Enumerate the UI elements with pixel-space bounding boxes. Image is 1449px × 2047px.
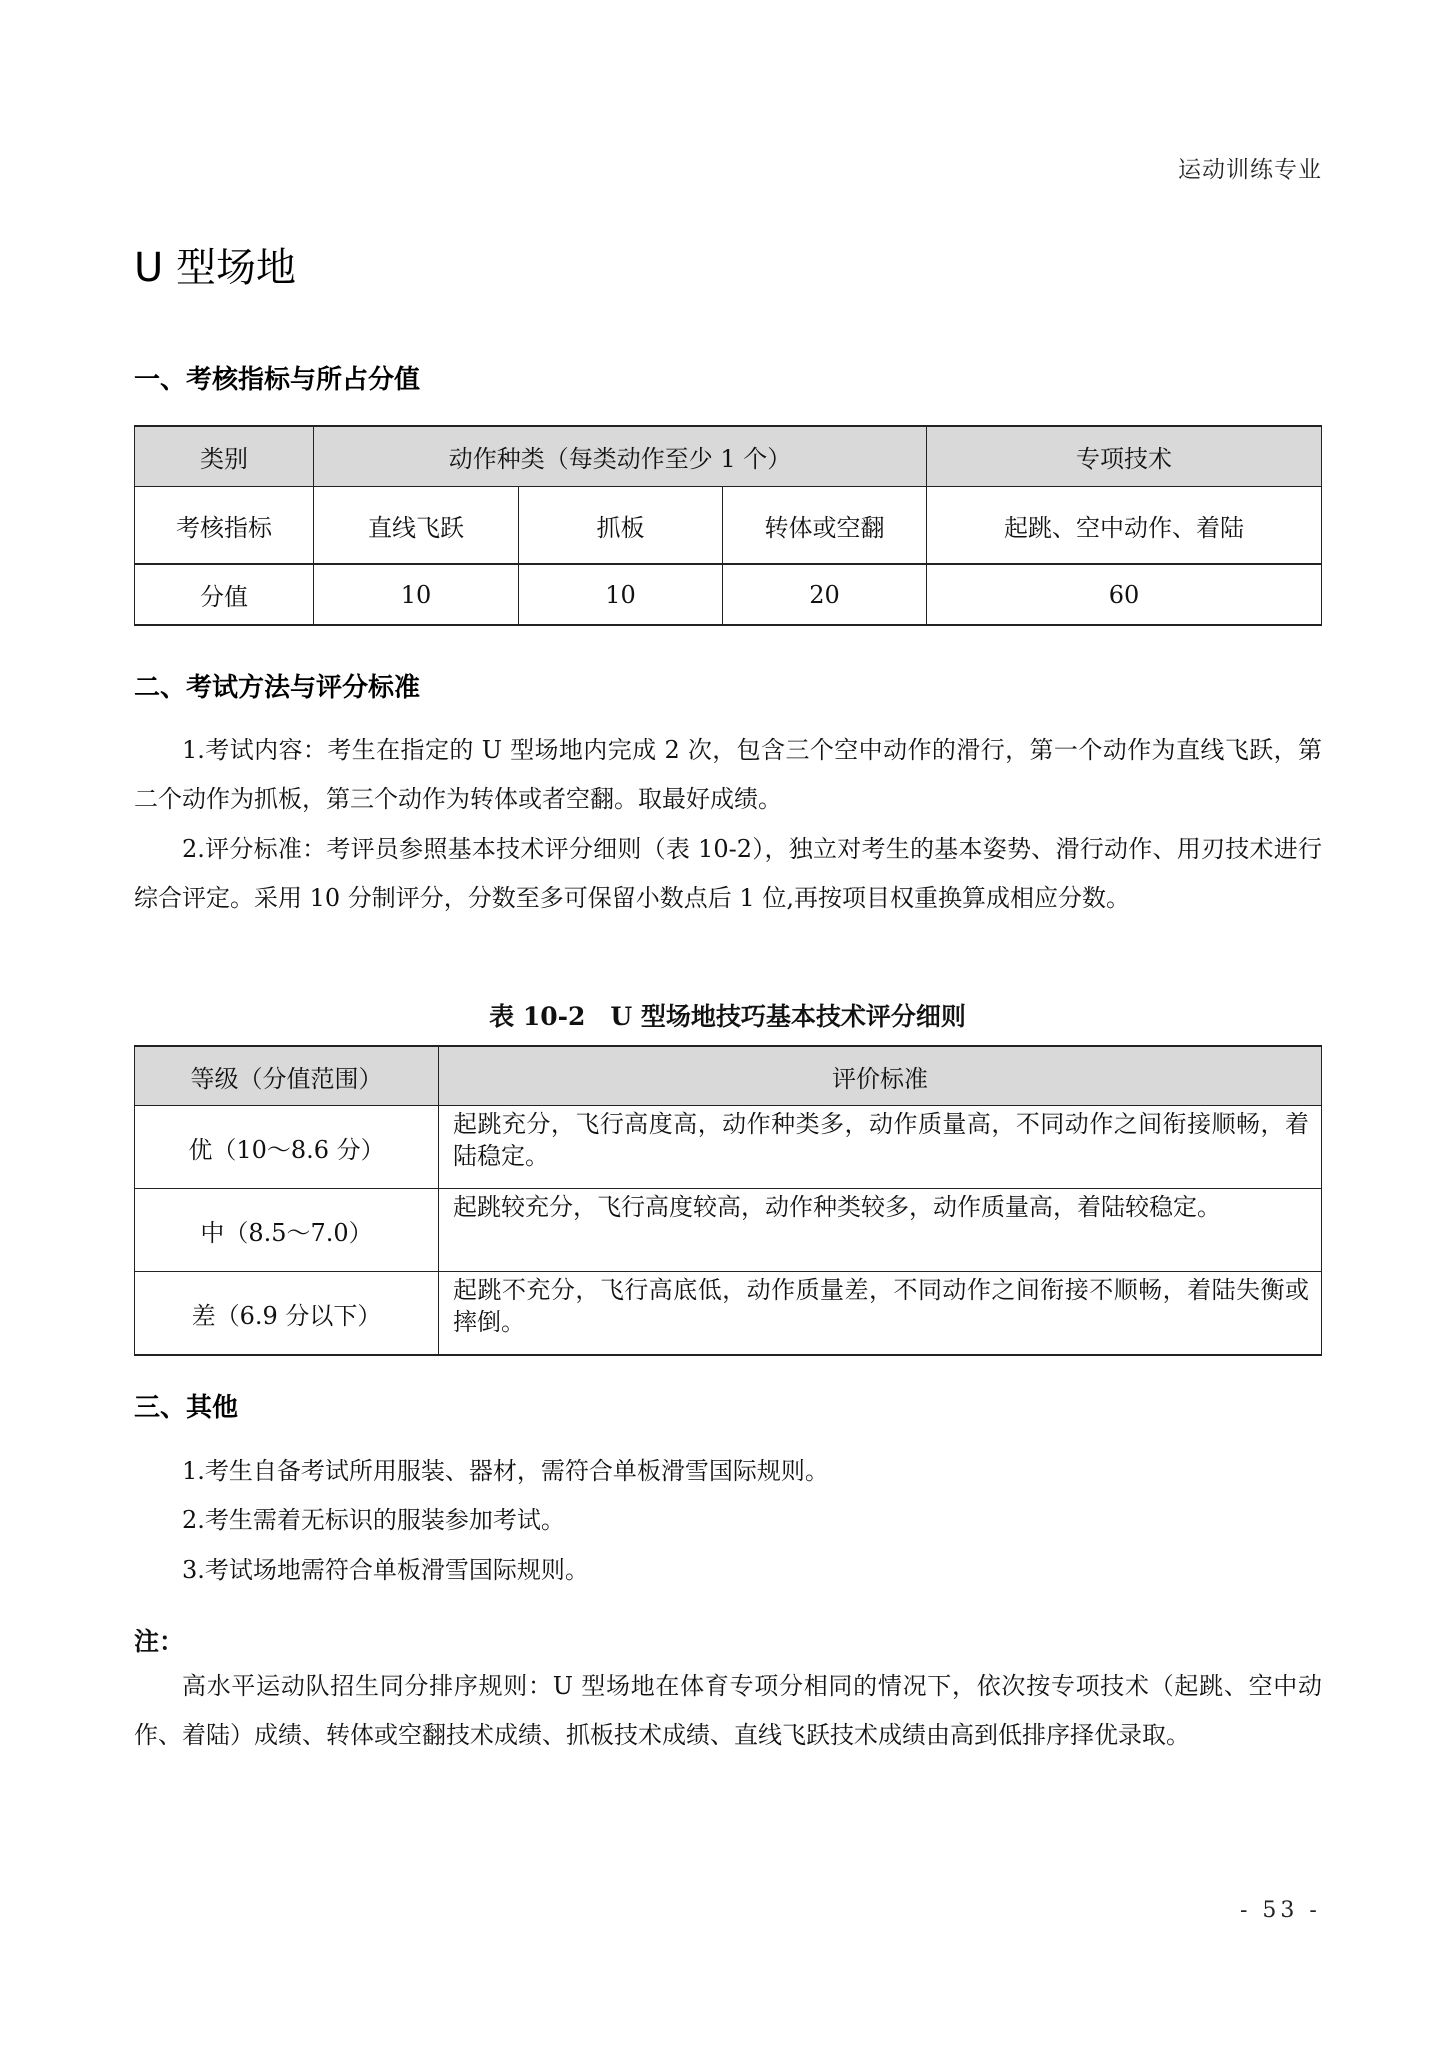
note-text: 高水平运动队招生同分排序规则：U 型场地在体育专项分相同的情况下，依次按专项技术…	[134, 1662, 1322, 1761]
table-row: 考核指标 直线飞跃 抓板 转体或空翻 起跳、空中动作、着陆	[135, 487, 1322, 565]
table-row: 差（6.9 分以下） 起跳不充分，飞行高底低，动作质量差，不同动作之间衔接不顺畅…	[135, 1272, 1322, 1356]
grade-cell: 差（6.9 分以下）	[135, 1272, 439, 1356]
table-header-row: 类别 动作种类（每类动作至少 1 个） 专项技术	[135, 426, 1322, 487]
table-cell: 抓板	[519, 487, 723, 565]
table-cell: 直线飞跃	[314, 487, 519, 565]
paragraph: 2.评分标准：考评员参照基本技术评分细则（表 10-2），独立对考生的基本姿势、…	[134, 825, 1322, 924]
scoring-indicators-table: 类别 动作种类（每类动作至少 1 个） 专项技术 考核指标 直线飞跃 抓板 转体…	[134, 425, 1322, 626]
note-label: 注：	[134, 1622, 184, 1658]
table-row: 中（8.5～7.0） 起跳较充分，飞行高度较高，动作种类较多，动作质量高，着陆较…	[135, 1189, 1322, 1272]
paragraph: 高水平运动队招生同分排序规则：U 型场地在体育专项分相同的情况下，依次按专项技术…	[134, 1662, 1322, 1761]
header-cell: 等级（分值范围）	[135, 1046, 439, 1106]
table-cell: 起跳、空中动作、着陆	[927, 487, 1322, 565]
grade-cell: 中（8.5～7.0）	[135, 1189, 439, 1272]
header-cell: 评价标准	[439, 1046, 1322, 1106]
header-cell: 动作种类（每类动作至少 1 个）	[314, 426, 927, 487]
section-heading-1: 一、考核指标与所占分值	[134, 359, 420, 396]
page-number: - 53 -	[1240, 1898, 1321, 1923]
list-item: 2.考生需着无标识的服装参加考试。	[134, 1496, 1322, 1545]
table-cell: 10	[519, 564, 723, 625]
technique-scoring-table: 等级（分值范围） 评价标准 优（10～8.6 分） 起跳充分，飞行高度高，动作种…	[134, 1045, 1322, 1356]
list-item: 1.考生自备考试所用服装、器材，需符合单板滑雪国际规则。	[134, 1447, 1322, 1496]
criteria-cell: 起跳充分，飞行高度高，动作种类多，动作质量高，不同动作之间衔接顺畅，着陆稳定。	[439, 1106, 1322, 1189]
table-cell: 分值	[135, 564, 314, 625]
table-cell: 10	[314, 564, 519, 625]
list-item: 3.考试场地需符合单板滑雪国际规则。	[134, 1546, 1322, 1595]
header-cell: 类别	[135, 426, 314, 487]
table-row: 优（10～8.6 分） 起跳充分，飞行高度高，动作种类多，动作质量高，不同动作之…	[135, 1106, 1322, 1189]
table-cell: 20	[723, 564, 927, 625]
table-header-row: 等级（分值范围） 评价标准	[135, 1046, 1322, 1106]
table-cell: 考核指标	[135, 487, 314, 565]
table-cell: 60	[927, 564, 1322, 625]
section-heading-3: 三、其他	[134, 1387, 238, 1424]
header-cell: 专项技术	[927, 426, 1322, 487]
page-title: U 型场地	[134, 236, 296, 293]
paragraph: 1.考试内容：考生在指定的 U 型场地内完成 2 次，包含三个空中动作的滑行，第…	[134, 726, 1322, 825]
table-caption: 表 10-2 U 型场地技巧基本技术评分细则	[134, 997, 1321, 1033]
table-cell: 转体或空翻	[723, 487, 927, 565]
running-header: 运动训练专业	[1178, 151, 1322, 184]
criteria-cell: 起跳较充分，飞行高度较高，动作种类较多，动作质量高，着陆较稳定。	[439, 1189, 1322, 1272]
criteria-cell: 起跳不充分，飞行高底低，动作质量差，不同动作之间衔接不顺畅，着陆失衡或摔倒。	[439, 1272, 1322, 1356]
section-heading-2: 二、考试方法与评分标准	[134, 667, 420, 704]
grade-cell: 优（10～8.6 分）	[135, 1106, 439, 1189]
other-requirements-list: 1.考生自备考试所用服装、器材，需符合单板滑雪国际规则。 2.考生需着无标识的服…	[134, 1447, 1322, 1595]
exam-method-text: 1.考试内容：考生在指定的 U 型场地内完成 2 次，包含三个空中动作的滑行，第…	[134, 726, 1322, 923]
table-row: 分值 10 10 20 60	[135, 564, 1322, 625]
